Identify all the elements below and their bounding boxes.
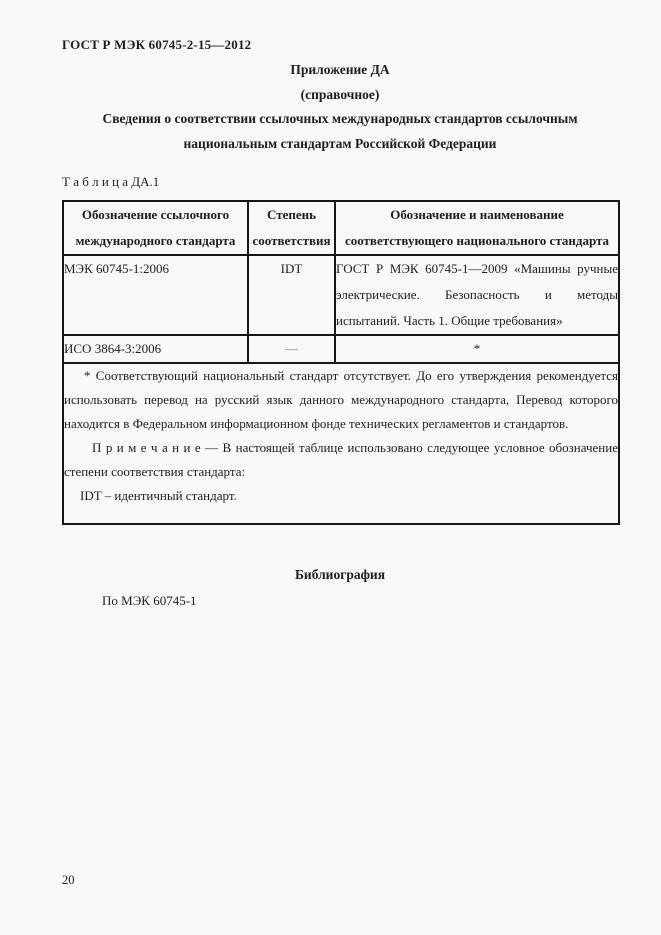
cell-national-standard: ГОСТ Р МЭК 60745-1—2009 «Машины ручные э…: [335, 255, 619, 335]
table-row: ИСО 3864-3:2006 — *: [63, 335, 619, 363]
bibliography-entry: По МЭК 60745-1: [102, 593, 197, 609]
table-header-row: Обозначение ссылочного международного ст…: [63, 201, 619, 255]
table-row: МЭК 60745-1:2006 IDT ГОСТ Р МЭК 60745-1—…: [63, 255, 619, 335]
standards-correspondence-table: Обозначение ссылочного международного ст…: [62, 200, 620, 525]
table-caption: Т а б л и ц а ДА.1: [62, 174, 159, 190]
table-footnote-cell: * Соответствующий национальный стандарт …: [63, 363, 619, 524]
page-number: 20: [62, 873, 75, 888]
footnote-text: * Соответствующий национальный стандарт …: [64, 364, 618, 436]
appendix-heading-block: Приложение ДА (справочное) Сведения о со…: [62, 58, 618, 156]
column-header-reference-standard: Обозначение ссылочного международного ст…: [63, 201, 248, 255]
bibliography-title: Библиография: [62, 567, 618, 583]
cell-degree: IDT: [248, 255, 335, 335]
cell-degree: —: [248, 335, 335, 363]
note-item-idt: IDT – идентичный стандарт.: [64, 484, 618, 508]
appendix-title: Приложение ДА: [62, 58, 618, 83]
cell-reference-standard: МЭК 60745-1:2006: [63, 255, 248, 335]
cell-national-standard: *: [335, 335, 619, 363]
table-footnote-row: * Соответствующий национальный стандарт …: [63, 363, 619, 524]
doc-code-header: ГОСТ Р МЭК 60745-2-15—2012: [62, 37, 251, 53]
document-page: ГОСТ Р МЭК 60745-2-15—2012 Приложение ДА…: [0, 0, 661, 935]
appendix-subtitle: (справочное): [62, 83, 618, 108]
column-header-degree: Степень соответствия: [248, 201, 335, 255]
note-text: П р и м е ч а н и е — В настоящей таблиц…: [64, 436, 618, 484]
column-header-national-standard: Обозначение и наименование соответствующ…: [335, 201, 619, 255]
appendix-heading-line2: национальным стандартам Российской Федер…: [62, 132, 618, 157]
cell-reference-standard: ИСО 3864-3:2006: [63, 335, 248, 363]
appendix-heading-line1: Сведения о соответствии ссылочных междун…: [62, 107, 618, 132]
